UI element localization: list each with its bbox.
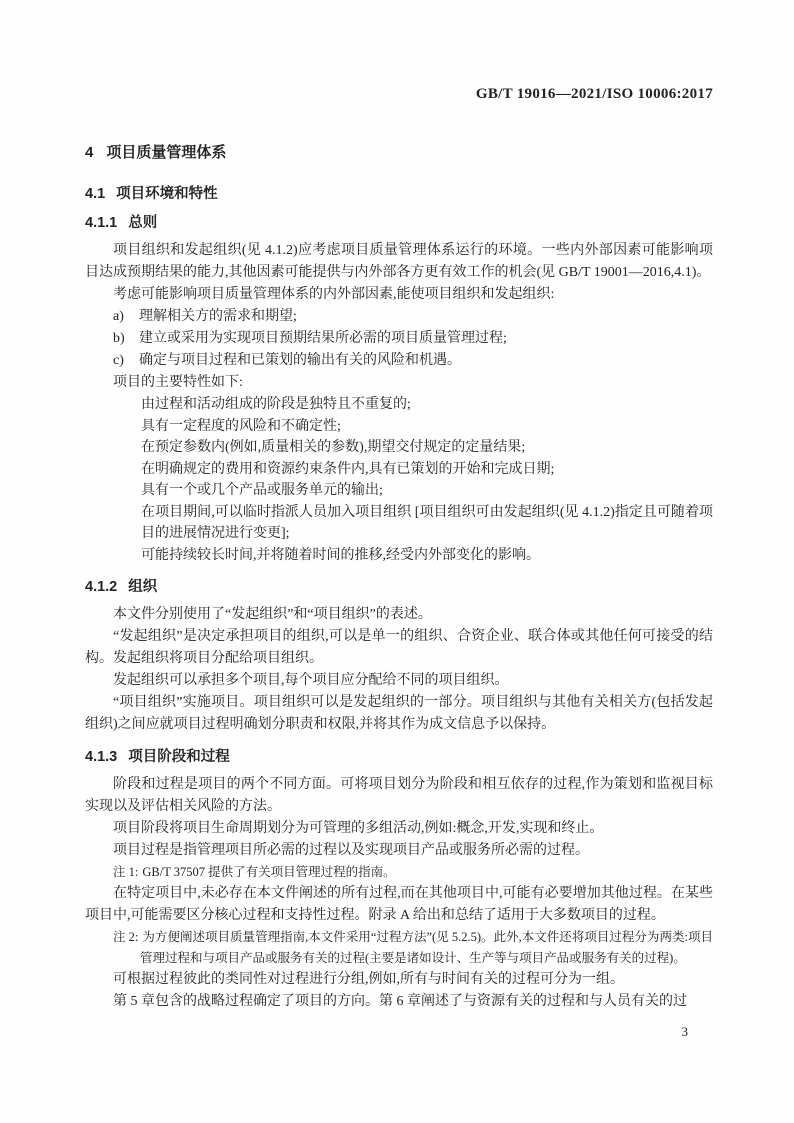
paragraph: “发起组织”是决定承担项目的组织,可以是单一的组织、合资企业、联合体或其他任何可… (85, 626, 713, 670)
paragraph: 阶段和过程是项目的两个不同方面。可将项目划分为阶段和相互依存的过程,作为策划和监… (85, 774, 713, 818)
paragraph: 可根据过程彼此的类同性对过程进行分组,例如,所有与时间有关的过程可分为一组。 (85, 969, 713, 991)
paragraph: 项目的主要特性如下: (85, 372, 713, 394)
paragraph: 项目过程是指管理项目所必需的过程以及实现项目产品或服务所必需的过程。 (85, 840, 713, 862)
list-item-text: 具有一定程度的风险和不确定性; (141, 419, 341, 434)
section-heading-4-1-3: 4.1.3项目阶段和过程 (85, 749, 713, 765)
paragraph: 本文件分别使用了“发起组织”和“项目组织”的表述。 (85, 604, 713, 626)
note: 注 1:GB/T 37507 提供了有关项目管理过程的指南。 (113, 862, 713, 883)
section-title: 项目环境和特性 (116, 186, 218, 202)
list-item-text: 确定与项目过程和已策划的输出有关的风险和机遇。 (139, 353, 461, 368)
page-content: GB/T 19016—2021/ISO 10006:2017 4项目质量管理体系… (85, 0, 713, 1013)
chapter-heading: 4项目质量管理体系 (85, 144, 713, 161)
dash-list-item: ——在预定参数内(例如,质量相关的参数),期望交付规定的定量结果; (113, 437, 713, 459)
paragraph: 发起组织可以承担多个项目,每个项目应分配给不同的项目组织。 (85, 670, 713, 692)
list-item-text: 在明确规定的费用和资源约束条件内,具有已策划的开始和完成日期; (141, 462, 554, 477)
list-item: c)确定与项目过程和已策划的输出有关的风险和机遇。 (113, 350, 713, 372)
paragraph: “项目组织”实施项目。项目组织可以是发起组织的一部分。项目组织与其他有关相关方(… (85, 692, 713, 736)
dash-list-item: ——可能持续较长时间,并将随着时间的推移,经受内外部变化的影响。 (113, 545, 713, 567)
standard-code-header: GB/T 19016—2021/ISO 10006:2017 (85, 86, 713, 103)
list-item-text: 在预定参数内(例如,质量相关的参数),期望交付规定的定量结果; (141, 440, 525, 455)
section-title: 总则 (128, 215, 157, 231)
section-number: 4.1.3 (85, 749, 117, 765)
list-item-text: 由过程和活动组成的阶段是独特且不重复的; (141, 397, 411, 412)
dash-marker: —— (113, 416, 141, 438)
dash-list-item: ——在项目期间,可以临时指派人员加入项目组织 [项目组织可由发起组织(见 4.1… (113, 502, 713, 545)
list-item-marker: a) (113, 306, 130, 328)
list-item: b)建立或采用为实现项目预期结果所必需的项目质量管理过程; (113, 328, 713, 350)
section-number: 4.1.2 (85, 579, 117, 595)
paragraph: 考虑可能影响项目质量管理体系的内外部因素,能使项目组织和发起组织: (85, 284, 713, 306)
dash-list-item: ——具有一定程度的风险和不确定性; (113, 416, 713, 438)
document-page: GB/T 19016—2021/ISO 10006:2017 4项目质量管理体系… (0, 0, 794, 1123)
list-item: a)理解相关方的需求和期望; (113, 306, 713, 328)
dash-marker: —— (113, 459, 141, 481)
dash-marker: —— (113, 394, 141, 416)
section-title: 组织 (128, 579, 157, 595)
dash-marker: —— (113, 437, 141, 459)
section-number: 4.1 (85, 186, 105, 202)
dash-list-item: ——由过程和活动组成的阶段是独特且不重复的; (113, 394, 713, 416)
paragraph: 第 5 章包含的战略过程确定了项目的方向。第 6 章阐述了与资源有关的过程和与人… (85, 991, 713, 1013)
list-item-marker: b) (113, 328, 130, 350)
list-item-text: 具有一个或几个产品或服务单元的输出; (141, 483, 383, 498)
section-heading-4-1-1: 4.1.1总则 (85, 215, 713, 231)
page-number: 3 (682, 1024, 689, 1040)
dash-marker: —— (113, 545, 141, 567)
list-item-text: 建立或采用为实现项目预期结果所必需的项目质量管理过程; (139, 331, 507, 346)
section-heading-4-1-2: 4.1.2组织 (85, 579, 713, 595)
list-item-text: 理解相关方的需求和期望; (139, 309, 297, 324)
note: 注 2:为方便阐述项目质量管理指南,本文件采用“过程方法”(见 5.2.5)。此… (113, 927, 713, 969)
note-label: 注 1: (113, 865, 138, 879)
chapter-number: 4 (85, 144, 93, 161)
list-item-marker: c) (113, 350, 130, 372)
list-item-text: 在项目期间,可以临时指派人员加入项目组织 [项目组织可由发起组织(见 4.1.2… (141, 505, 713, 542)
note-label: 注 2: (113, 930, 138, 944)
dash-list-item: ——在明确规定的费用和资源约束条件内,具有已策划的开始和完成日期; (113, 459, 713, 481)
paragraph: 项目组织和发起组织(见 4.1.2)应考虑项目质量管理体系运行的环境。一些内外部… (85, 240, 713, 284)
list-item-text: 可能持续较长时间,并将随着时间的推移,经受内外部变化的影响。 (141, 548, 540, 563)
section-title: 项目阶段和过程 (128, 749, 230, 765)
section-number: 4.1.1 (85, 215, 117, 231)
dash-marker: —— (113, 480, 141, 502)
dash-list-item: ——具有一个或几个产品或服务单元的输出; (113, 480, 713, 502)
dash-marker: —— (113, 502, 141, 524)
paragraph: 在特定项目中,未必存在本文件阐述的所有过程,而在其他项目中,可能有必要增加其他过… (85, 883, 713, 927)
note-text: GB/T 37507 提供了有关项目管理过程的指南。 (142, 865, 395, 879)
section-heading-4-1: 4.1项目环境和特性 (85, 186, 713, 202)
paragraph: 项目阶段将项目生命周期划分为可管理的多组活动,例如:概念,开发,实现和终止。 (85, 818, 713, 840)
chapter-title: 项目质量管理体系 (106, 144, 226, 161)
note-text: 为方便阐述项目质量管理指南,本文件采用“过程方法”(见 5.2.5)。此外,本文… (140, 930, 713, 965)
